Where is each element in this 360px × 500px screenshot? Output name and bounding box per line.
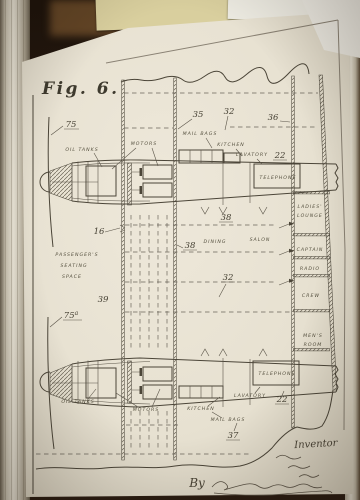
second-spar: [174, 78, 177, 460]
motor: [143, 165, 172, 179]
radio-label: RADIO: [300, 266, 320, 272]
motor: [143, 183, 172, 197]
callout-75: 75: [66, 120, 77, 130]
lower-fuselage-labels: TELEPHONE LAVATORY KITCHEN MAIL BAGS MOT…: [61, 371, 295, 423]
ladies-lounge-label-1: LADIES': [297, 204, 322, 210]
motor: [143, 385, 172, 399]
engine-block: [86, 166, 116, 196]
salon-label: SALON: [250, 237, 271, 243]
callout-16: 16: [94, 227, 105, 237]
callout-32-mid: 32: [223, 273, 234, 283]
motors-label: MOTORS: [131, 141, 158, 147]
engine-mount: [128, 163, 132, 205]
attorney-signature: [212, 482, 322, 490]
callout-36: 36: [268, 113, 279, 123]
passengers-seating-label-1: PASSENGER'S: [55, 252, 98, 258]
kitchen-label: KITCHEN: [217, 142, 245, 148]
lavatory-label-lower: LAVATORY: [234, 393, 266, 399]
callout-32-top: 32: [224, 107, 235, 117]
wing-top-torn-edge: [121, 64, 309, 84]
oil-tanks-label: OIL TANKS: [65, 147, 98, 153]
mail-bags-label-lower: MAIL BAGS: [211, 417, 246, 423]
mens-room-label-1: MEN'S: [303, 333, 323, 339]
passengers-seating-label-3: SPACE: [62, 274, 82, 280]
oil-tanks-label-lower: OIL TANKS: [61, 399, 94, 405]
motor: [143, 367, 172, 381]
crew-label: CREW: [302, 293, 320, 299]
callout-39: 39: [98, 295, 109, 305]
bottom-torn-edge: [36, 427, 297, 469]
callout-37: 37: [228, 431, 239, 441]
center-wing-labels: DINING SALON PASSENGER'S SEATING SPACE: [55, 237, 270, 280]
dining-label: DINING: [203, 239, 226, 245]
callout-75a: 75a: [64, 310, 79, 321]
mens-room-label-2: ROOM: [304, 342, 323, 348]
by-label: By: [188, 476, 205, 490]
callout-35: 35: [193, 110, 204, 120]
callout-38-mid: 38: [185, 241, 196, 251]
strut-marks: [201, 349, 267, 356]
witness-signature: [288, 466, 310, 469]
lavatory-label: LAVATORY: [236, 152, 268, 158]
callout-22-bottom: 22: [276, 395, 288, 405]
inventor-label: Inventor: [293, 438, 339, 451]
engine-mount: [128, 361, 132, 403]
ladies-lounge-label-2: LOUNGE: [297, 213, 323, 219]
patent-drawing: Fig. 6. 75 35 32 36 22 16 38 38 32 39 75…: [0, 0, 360, 500]
mail-bags-label: MAIL BAGS: [183, 131, 218, 137]
callout-38-top: 38: [221, 213, 232, 223]
witness-signature: [276, 455, 301, 459]
wing-bottom-right-edge: [297, 390, 333, 429]
figure-label: Fig. 6.: [41, 79, 120, 99]
telephone-label-lower: TELEPHONE: [259, 371, 296, 377]
passengers-seating-label-2: SEATING: [60, 263, 87, 269]
motors-label-lower: MOTORS: [133, 407, 160, 413]
captain-label: CAPTAIN: [297, 247, 324, 253]
photographed-book-page: Fig. 6. 75 35 32 36 22 16 38 38 32 39 75…: [0, 0, 360, 500]
callout-22-top: 22: [274, 151, 286, 161]
strut-marks: [201, 207, 267, 214]
upper-fuselage-labels: OIL TANKS MOTORS MAIL BAGS KITCHEN LAVAT…: [65, 131, 296, 181]
witness-signature: [299, 475, 319, 478]
hull-torn-end: [335, 164, 338, 190]
telephone-label: TELEPHONE: [260, 175, 297, 181]
kitchen-label-lower: KITCHEN: [187, 406, 215, 412]
signature-flourish: [214, 491, 332, 496]
